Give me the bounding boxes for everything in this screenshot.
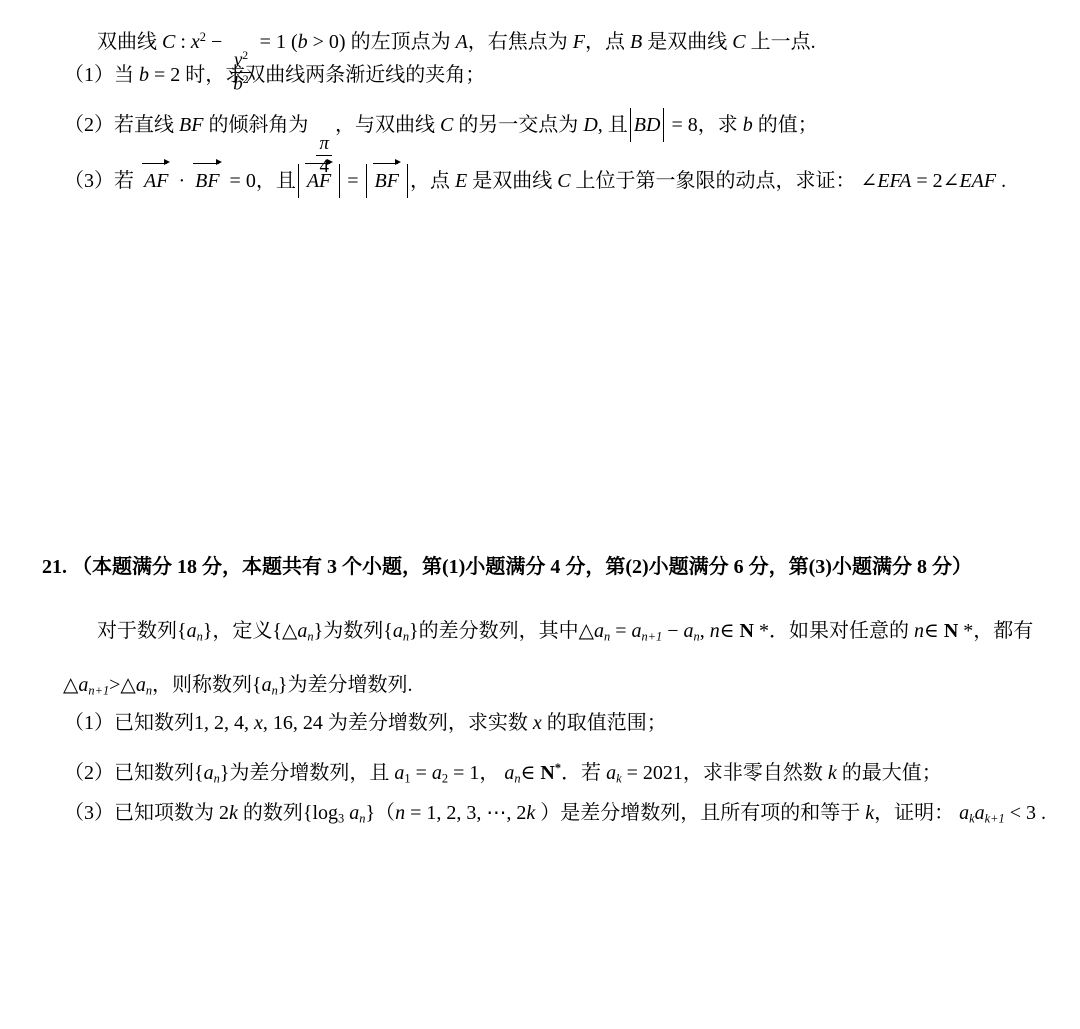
text-run: BD: [634, 114, 661, 136]
problem21-part1-line: （1）已知数列1, 2, 4, x, 16, 24 为差分增数列，求实数 x 的…: [64, 708, 667, 738]
text-run: 的数列{log: [238, 802, 338, 824]
text-run: = 8，求: [666, 114, 742, 136]
text-run: }为数列{: [314, 620, 393, 642]
text-run: ∈: [924, 620, 944, 642]
text-run: （1）已知数列1, 2, 4,: [64, 712, 254, 734]
text-run: =: [411, 762, 432, 784]
text-run: ，右焦点为: [468, 31, 573, 53]
text-run: n+1: [641, 629, 662, 643]
text-run: 是双曲线: [642, 31, 732, 53]
text-run: π: [319, 133, 329, 154]
text-run: ，点: [410, 170, 455, 192]
text-run: a: [393, 620, 403, 642]
text-run: x: [533, 712, 542, 734]
text-run: （2）若直线: [64, 114, 179, 136]
text-run: x: [191, 31, 200, 53]
text-run: = 0，且: [225, 170, 296, 192]
text-run: EAF: [959, 170, 996, 192]
text-run: a: [394, 762, 404, 784]
text-run: }的差分数列，其中△: [409, 620, 594, 642]
text-run: x: [254, 712, 263, 734]
text-run: 的取值范围；: [542, 712, 667, 734]
text-run: 上一点.: [746, 31, 816, 53]
vector-overline: AF: [142, 166, 170, 196]
text-run: b: [743, 114, 753, 136]
vector-overline: BF: [193, 166, 221, 196]
problem20-part3-line: （3）若 AF · BF = 0，且AF = BF，点 E 是双曲线 C 上位于…: [64, 164, 1006, 198]
text-run: :: [175, 31, 191, 53]
text-run: 双曲线: [97, 31, 162, 53]
text-run: N: [944, 620, 958, 642]
problem21-definition-line2: △an+1>△an，则称数列{an}为差分增数列.: [63, 670, 412, 705]
text-run: BF: [375, 170, 399, 192]
text-run: （3）若: [64, 170, 139, 192]
text-run: b: [298, 31, 308, 53]
text-run: n: [914, 620, 924, 642]
text-run: }（: [365, 802, 395, 824]
text-run: 21. （本题满分 18 分，本题共有 3 个小题，第(1)小题满分 4 分，第…: [42, 556, 972, 578]
text-run: （2）已知数列{: [64, 762, 204, 784]
text-run: BF: [195, 170, 219, 192]
text-run: a: [606, 762, 616, 784]
absolute-value-bars: BD: [630, 108, 665, 142]
text-run: N: [540, 762, 554, 784]
text-run: ·: [173, 170, 190, 192]
text-run: a: [959, 802, 969, 824]
problem20-part1-line: （1）当 b = 2 时，求双曲线两条渐近线的夹角；: [64, 60, 485, 90]
text-run: a: [262, 674, 272, 696]
text-run: ,: [700, 620, 710, 642]
text-run: < 3 .: [1005, 802, 1046, 824]
text-run: a: [594, 620, 604, 642]
text-run: a: [204, 762, 214, 784]
text-run: （1）当: [64, 64, 139, 86]
problem21-definition-line1: 对于数列{an}，定义{△an}为数列{an}的差分数列，其中△an = an+…: [97, 616, 1033, 651]
vector-overline: BF: [373, 166, 401, 196]
text-run: 的值；: [753, 114, 818, 136]
text-run: ，则称数列{: [152, 674, 262, 696]
text-run: 的最大值；: [837, 762, 942, 784]
absolute-value-bars: AF: [298, 164, 340, 198]
text-run: }，定义{△: [203, 620, 298, 642]
text-run: = 2021，求非零自然数: [622, 762, 828, 784]
text-run: ）是差分增数列，且所有项的和等于: [535, 802, 865, 824]
exam-document-page: 双曲线 C : x2 − y2b2 = 1 (b > 0) 的左顶点为 A，右焦…: [0, 0, 1080, 1029]
text-run: −: [662, 620, 683, 642]
text-run: D: [583, 114, 597, 136]
text-run: =: [610, 620, 631, 642]
text-run: EFA: [877, 170, 911, 192]
text-run: 的另一交点为: [453, 114, 583, 136]
text-run: a: [78, 674, 88, 696]
text-run: AF: [144, 170, 168, 192]
text-run: *，都有: [958, 620, 1033, 642]
text-run: k: [828, 762, 837, 784]
text-run: , 且: [598, 114, 628, 136]
problem21-part3-line: （3）已知项数为 2k 的数列{log3 an}（n = 1, 2, 3, ⋯,…: [64, 798, 1046, 833]
problem21-header-line: 21. （本题满分 18 分，本题共有 3 个小题，第(1)小题满分 4 分，第…: [42, 552, 972, 582]
text-run: 是双曲线: [467, 170, 557, 192]
problem21-part2-line: （2）已知数列{an}为差分增数列，且 a1 = a2 = 1， an∈ N*．…: [64, 753, 942, 793]
text-run: = 1，: [448, 762, 504, 784]
text-run: a: [349, 802, 359, 824]
vector-overline: AF: [305, 166, 333, 196]
text-run: −: [206, 31, 227, 53]
text-run: b: [139, 64, 149, 86]
text-run: 对于数列{: [97, 620, 187, 642]
text-run: n: [710, 620, 720, 642]
text-run: B: [630, 31, 642, 53]
text-run: C: [162, 31, 175, 53]
text-run: = 1, 2, 3, ⋯, 2: [405, 802, 526, 824]
text-run: = 2 时，求双曲线两条渐近线的夹角；: [149, 64, 485, 86]
text-run: ，与双曲线: [335, 114, 440, 136]
text-run: = 1 (: [255, 31, 298, 53]
text-run: > 0) 的左顶点为: [308, 31, 456, 53]
text-run: = 2∠: [911, 170, 959, 192]
text-run: （3）已知项数为 2: [64, 802, 229, 824]
text-run: *．如果对任意的: [754, 620, 914, 642]
text-run: a: [432, 762, 442, 784]
text-run: N: [740, 620, 754, 642]
text-run: 上位于第一象限的动点，求证： ∠: [571, 170, 878, 192]
text-run: AF: [307, 170, 331, 192]
text-run: F: [573, 31, 585, 53]
text-run: >△: [109, 674, 136, 696]
text-run: =: [342, 170, 363, 192]
text-run: ．若: [561, 762, 606, 784]
text-run: a: [504, 762, 514, 784]
text-run: a: [136, 674, 146, 696]
text-run: a: [975, 802, 985, 824]
text-run: a: [684, 620, 694, 642]
text-run: k: [526, 802, 535, 824]
fraction-numerator: π: [316, 133, 332, 156]
text-run: k+1: [985, 811, 1005, 825]
text-run: A: [456, 31, 468, 53]
text-run: a: [187, 620, 197, 642]
text-run: , 16, 24 为差分增数列，求实数: [263, 712, 533, 734]
absolute-value-bars: BF: [366, 164, 408, 198]
text-run: n: [395, 802, 405, 824]
text-run: C: [557, 170, 570, 192]
text-run: 的倾斜角为: [203, 114, 313, 136]
text-run: E: [455, 170, 467, 192]
text-run: C: [440, 114, 453, 136]
text-run: a: [297, 620, 307, 642]
text-run: ，证明：: [874, 802, 959, 824]
text-run: ∈: [720, 620, 740, 642]
text-run: }为差分增数列.: [278, 674, 413, 696]
text-run: k: [865, 802, 874, 824]
text-run: ，点: [585, 31, 630, 53]
text-run: k: [229, 802, 238, 824]
text-run: n+1: [88, 683, 109, 697]
text-run: }为差分增数列，且: [220, 762, 395, 784]
text-run: C: [732, 31, 745, 53]
text-run: a: [631, 620, 641, 642]
text-run: BF: [179, 114, 203, 136]
text-run: ∈: [521, 762, 541, 784]
text-run: .: [996, 170, 1006, 192]
text-run: △: [63, 674, 78, 696]
